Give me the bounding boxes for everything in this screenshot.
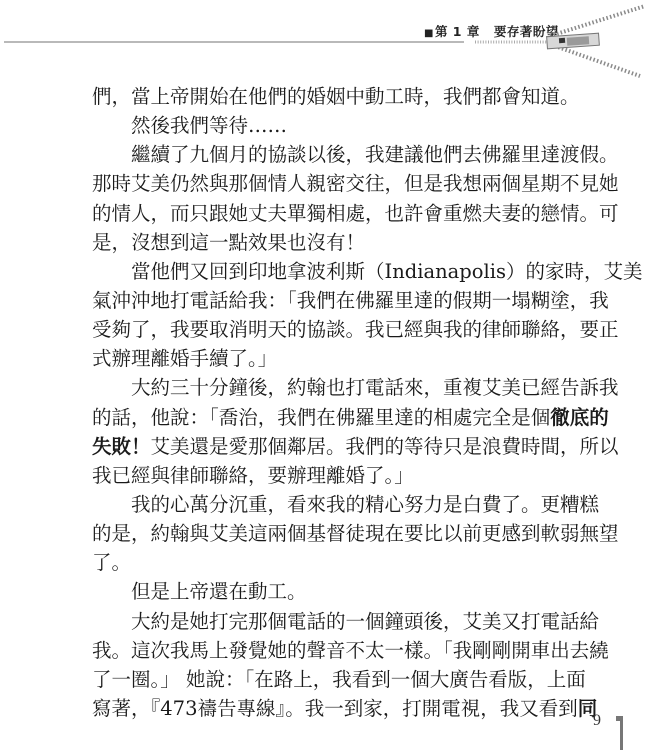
text-line: 的情人，而只跟她丈夫單獨相處，也許會重燃夫妻的戀情。可 [92,199,560,228]
text-line: 我的心萬分沉重，看來我的精心努力是白費了。更糟糕 [92,490,560,519]
square-marker-icon: ■ [424,28,434,39]
text-line: 大約三十分鐘後，約翰也打電話來，重複艾美已經告訴我 [92,373,560,402]
text-segment: 艾美還是愛那個鄰居。我們的等待只是浪費時間，所以 [151,435,619,458]
text-line: 失敗！艾美還是愛那個鄰居。我們的等待只是浪費時間，所以 [92,432,560,461]
text-segment: 的話，他說：「喬治，我們在佛羅里達的相處完全是個 [92,406,550,429]
text-line: 當他們又回到印地拿波利斯（Indianapolis）的家時，艾美 [92,257,560,286]
text-line: 我。這次我馬上發覺她的聲音不太一樣。「我剛剛開車出去繞 [92,636,560,665]
header-rule [4,41,464,43]
text-line: 我已經與律師聯絡，要辦理離婚了。」 [92,461,560,490]
text-line: 了。 [92,548,560,577]
text-line: 氣沖沖地打電話給我：「我們在佛羅里達的假期一塌糊塗，我 [92,286,560,315]
page-number: 9 [593,712,601,730]
text-line: 是，沒想到這一點效果也沒有！ [92,228,560,257]
text-line: 寫著，『473禱告專線』。我一到家，打開電視，我又看到同 [92,694,560,723]
body-text: 們，當上帝開始在他們的婚姻中動工時，我們都會知道。 然後我們等待…… 繼續了九個… [92,82,560,723]
text-line: 大約是她打完那個電話的一個鐘頭後，艾美又打電話給 [92,607,560,636]
text-segment: 寫著，『473禱告專線』。我一到家，打開電視，我又看到 [92,697,578,720]
text-line: 繼續了九個月的協談以後，我建議他們去佛羅里達渡假。 [92,140,560,169]
text-line: 們，當上帝開始在他們的婚姻中動工時，我們都會知道。 [92,82,560,111]
zipper-icon [455,0,650,80]
bold-text-segment: 徹底的 [550,406,609,429]
bold-text-segment: 失敗！ [92,435,151,458]
text-line: 的話，他說：「喬治，我們在佛羅里達的相處完全是個徹底的 [92,403,560,432]
text-line: 了一圈。」 她說：「在路上，我看到一個大廣告看版，上面 [92,665,560,694]
page-marker-bar [620,716,623,750]
text-line: 然後我們等待…… [92,111,560,140]
text-line: 的是，約翰與艾美這兩個基督徒現在要比以前更感到軟弱無望 [92,519,560,548]
text-line: 式辦理離婚手續了。」 [92,344,560,373]
text-line: 那時艾美仍然與那個情人親密交往，但是我想兩個星期不見她 [92,169,560,198]
text-line: 但是上帝還在動工。 [92,577,560,606]
text-line: 受夠了，我要取消明天的協談。我已經與我的律師聯絡，要正 [92,315,560,344]
